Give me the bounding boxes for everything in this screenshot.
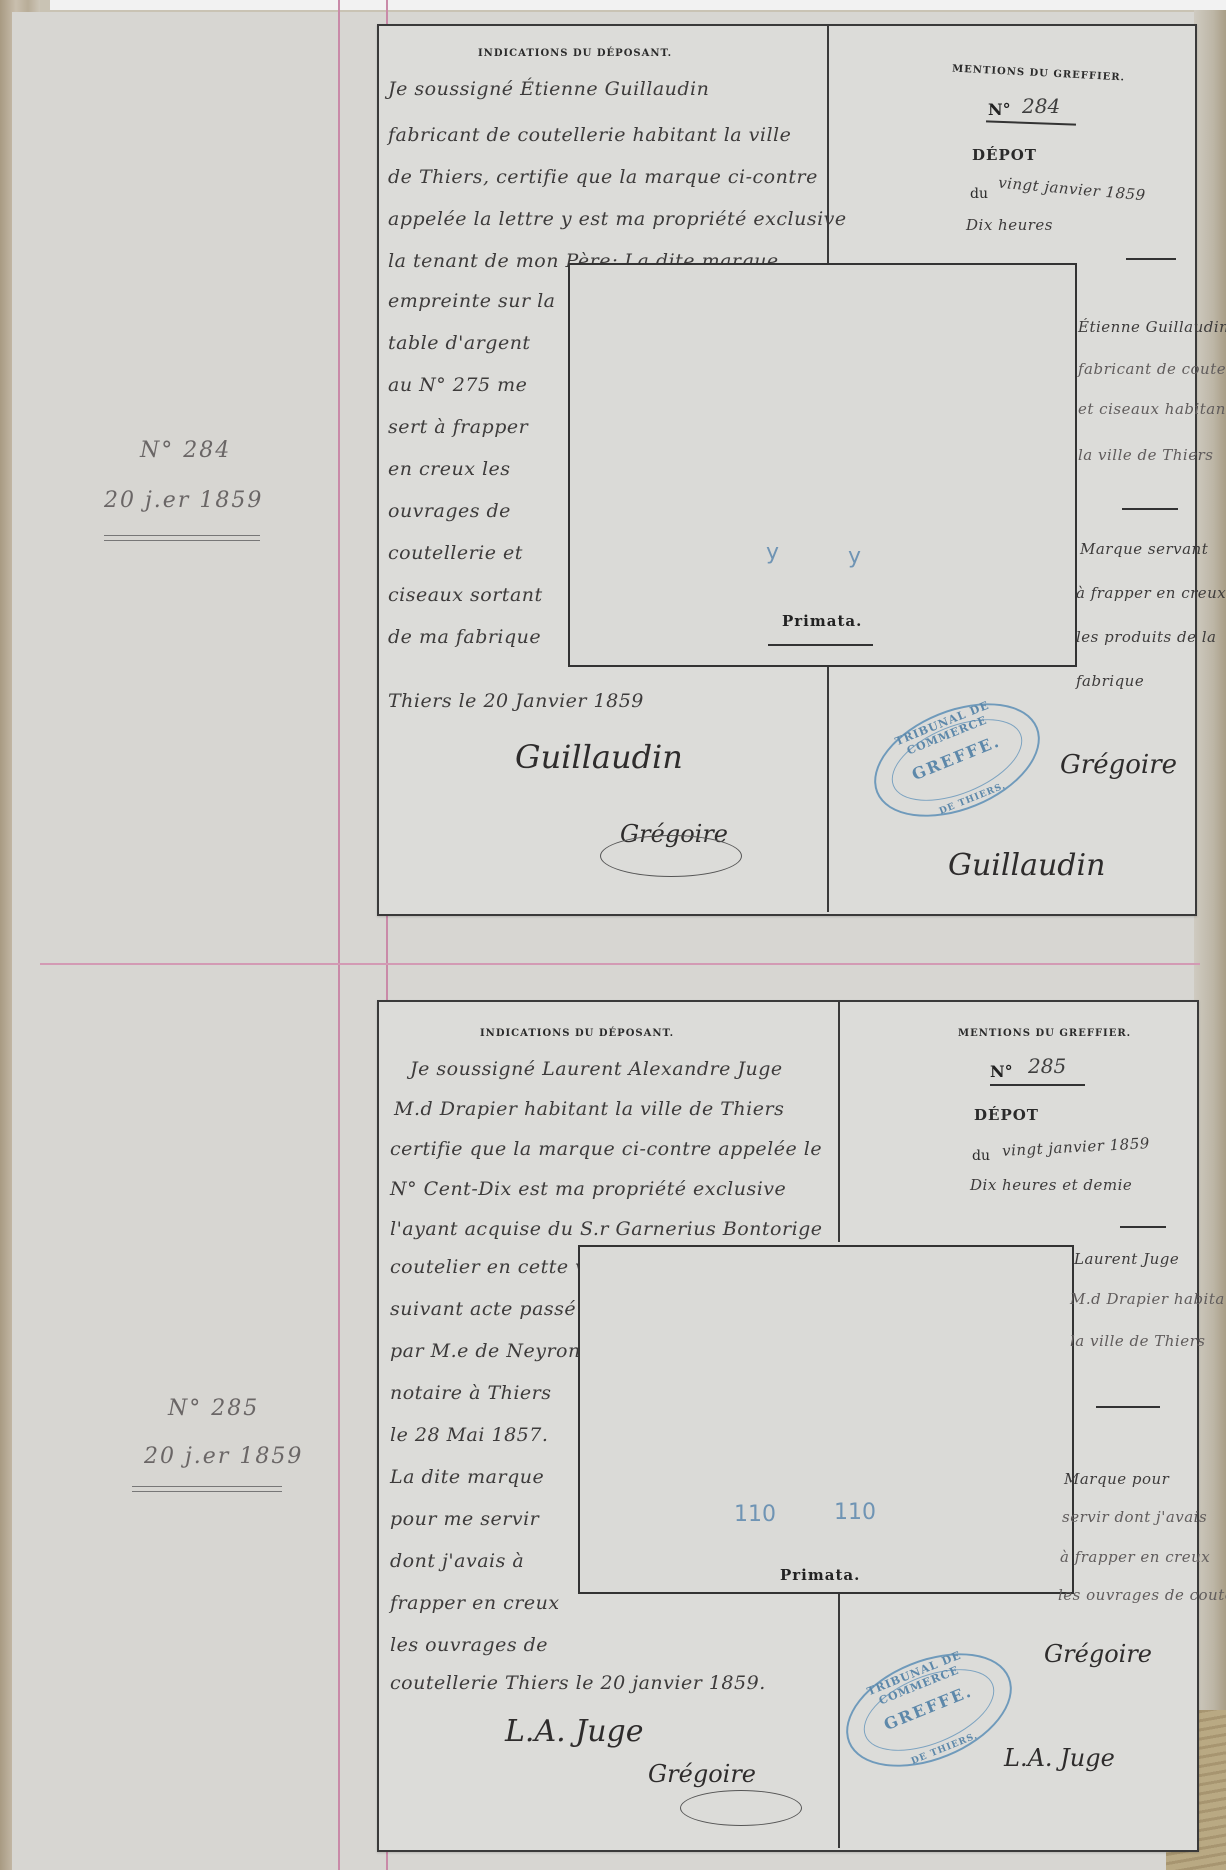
depositor-line: N° Cent-Dix est ma propriété exclusive: [390, 1178, 786, 1200]
depot-label: DÉPOT: [972, 146, 1037, 164]
clerk-signature: Grégoire: [1044, 1640, 1152, 1668]
mark-symbol: y: [848, 544, 861, 569]
signature-flourish: [680, 1790, 802, 1826]
depositor-line: appelée la lettre y est ma propriété exc…: [388, 208, 847, 230]
margin-note-underline: [104, 535, 260, 541]
depositor-line: M.d Drapier habitant la ville de Thiers: [394, 1098, 784, 1120]
du-label: du: [970, 186, 988, 202]
depositor-signature: Guillaudin: [515, 738, 683, 776]
depositor-line: coutellerie et: [388, 542, 523, 564]
depositor-line: par M.e de Neyronde: [390, 1340, 605, 1362]
clerk-heading: MENTIONS DU GREFFIER.: [958, 1028, 1131, 1039]
signature-flourish: [600, 835, 742, 877]
scan-top-strip: [50, 0, 1226, 10]
depositor-line: notaire à Thiers: [390, 1382, 552, 1404]
depositor-signature-right: L.A. Juge: [1004, 1744, 1115, 1772]
clerk-name-line: Laurent Juge: [1074, 1250, 1179, 1268]
margin-note-number: N° 284: [140, 438, 231, 463]
mark-symbol: y: [766, 540, 779, 565]
depositor-line: dont j'avais à: [390, 1550, 524, 1572]
depositor-line: sert à frapper: [388, 416, 528, 438]
depositor-line: ciseaux sortant: [388, 584, 543, 606]
clerk-name-line: la ville de Thiers: [1070, 1332, 1205, 1350]
depositor-line: Je soussigné Laurent Alexandre Juge: [410, 1058, 783, 1080]
clerk-name-line: fabricant de coutellerie: [1078, 360, 1226, 378]
margin-note-number: N° 285: [168, 1396, 259, 1421]
clerk-mark-line: fabrique: [1076, 672, 1144, 690]
depositor-signature-right: Guillaudin: [948, 848, 1105, 883]
depot-time: Dix heures et demie: [970, 1176, 1132, 1194]
separator-dash: [1122, 508, 1178, 510]
clerk-mark-line: Marque pour: [1064, 1470, 1169, 1488]
margin-rule-left: [338, 0, 340, 1870]
clerk-number-underline: [990, 1084, 1085, 1086]
margin-note-date: 20 j.er 1859: [104, 488, 263, 513]
margin-note-underline: [132, 1486, 282, 1492]
mark-symbol: 110: [834, 1500, 876, 1525]
entry-separator-rule: [40, 963, 1200, 965]
depositor-line: table d'argent: [388, 332, 531, 354]
depositor-line: Je soussigné Étienne Guillaudin: [388, 78, 709, 100]
depositor-line: ouvrages de: [388, 500, 511, 522]
clerk-signature-left: Grégoire: [648, 1760, 756, 1788]
depositor-line: le 28 Mai 1857.: [390, 1424, 548, 1446]
clerk-number: 285: [1028, 1054, 1066, 1078]
clerk-number-label: N°: [990, 1062, 1013, 1081]
separator-dash: [1126, 258, 1176, 260]
margin-note-date: 20 j.er 1859: [144, 1444, 303, 1469]
depositor-signature: L.A. Juge: [505, 1714, 644, 1749]
clerk-name-line: M.d Drapier habitant: [1070, 1290, 1226, 1308]
depositor-line: pour me servir: [390, 1508, 539, 1530]
depositor-line: fabricant de coutellerie habitant la vil…: [388, 124, 791, 146]
clerk-mark-line: les produits de la: [1076, 628, 1216, 646]
separator-dash: [1120, 1226, 1166, 1228]
depositor-line: certifie que la marque ci-contre appelée…: [390, 1138, 822, 1160]
clerk-mark-line: à frapper en creux: [1076, 584, 1226, 602]
depositor-line: les ouvrages de: [390, 1634, 548, 1656]
column-divider: [838, 1002, 840, 1242]
depositor-line: au N° 275 me: [388, 374, 527, 396]
depositor-heading: INDICATIONS DU DÉPOSANT.: [478, 48, 672, 59]
depositor-line: frapper en creux: [390, 1592, 560, 1614]
clerk-mark-line: les ouvrages de coutellerie: [1058, 1586, 1226, 1604]
clerk-name-line: et ciseaux habitant: [1078, 400, 1226, 418]
clerk-number: 284: [1022, 94, 1060, 118]
depositor-heading: INDICATIONS DU DÉPOSANT.: [480, 1028, 674, 1039]
mark-caption: Primata.: [780, 1566, 860, 1584]
depositor-line: l'ayant acquise du S.r Garnerius Bontori…: [390, 1218, 823, 1240]
column-divider-lower: [827, 665, 829, 912]
clerk-mark-line: à frapper en creux: [1060, 1548, 1210, 1566]
clerk-name-line: Étienne Guillaudin: [1078, 318, 1226, 336]
depositor-line: Thiers le 20 Janvier 1859: [388, 690, 644, 712]
depositor-line: empreinte sur la: [388, 290, 556, 312]
du-label: du: [972, 1148, 990, 1164]
clerk-number-label: N°: [988, 100, 1011, 119]
depot-label: DÉPOT: [974, 1106, 1039, 1124]
depositor-line: suivant acte passé: [390, 1298, 576, 1320]
column-divider-lower: [838, 1592, 840, 1848]
clerk-signature: Grégoire: [1060, 750, 1177, 780]
mark-frame: [568, 263, 1077, 667]
clerk-mark-line: servir dont j'avais: [1062, 1508, 1207, 1526]
mark-caption: Primata.: [782, 612, 862, 630]
mark-frame: [578, 1245, 1074, 1594]
depositor-line: de ma fabrique: [388, 626, 541, 648]
mark-caption-underline: [768, 644, 873, 646]
depositor-line: en creux les: [388, 458, 511, 480]
separator-dash: [1096, 1406, 1160, 1408]
clerk-name-line: la ville de Thiers: [1078, 446, 1213, 464]
depositor-line: La dite marque: [390, 1466, 544, 1488]
mark-symbol: 110: [734, 1502, 776, 1527]
depot-time: Dix heures: [966, 216, 1053, 234]
depositor-line: coutellerie Thiers le 20 janvier 1859.: [390, 1672, 766, 1694]
clerk-mark-line: Marque servant: [1080, 540, 1208, 558]
mark-caption-underline: [776, 1592, 848, 1594]
depositor-line: de Thiers, certifie que la marque ci-con…: [388, 166, 818, 188]
